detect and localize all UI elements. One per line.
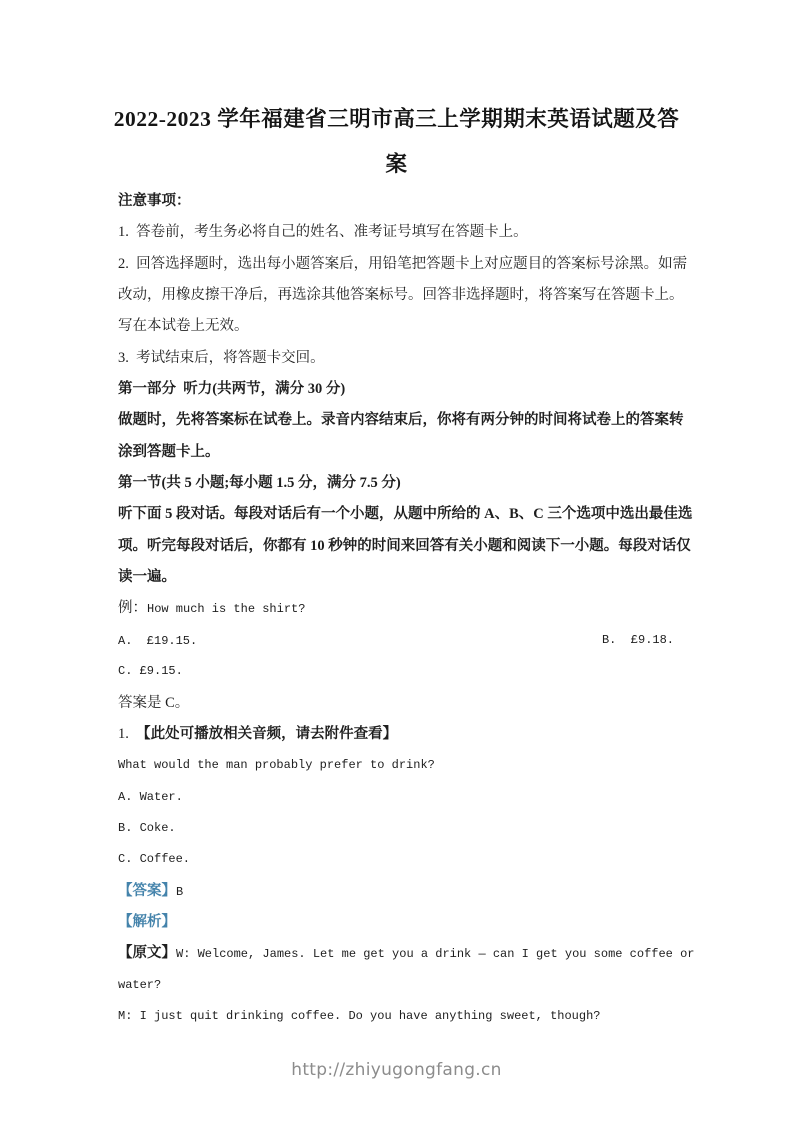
analysis-line: 【解析】: [118, 907, 680, 938]
example-question: How much is the shirt?: [147, 602, 305, 616]
section1-note-line-3: 读一遍。: [118, 562, 680, 593]
example-option-c: C. £9.15.: [118, 656, 680, 687]
answer-label: 【答案】: [118, 883, 176, 899]
transcript-line-3: M: I just quit drinking coffee. Do you h…: [118, 1001, 680, 1032]
question-1-line: 1. 【此处可播放相关音频，请去附件查看】: [118, 719, 680, 750]
example-options-ab-line: A. £19.15.B. £9.18.: [118, 625, 680, 656]
transcript-line-1: 【原文】W: Welcome, James. Let me get you a …: [118, 938, 680, 969]
notice-item-3: 3. 考试结束后，将答题卡交回。: [118, 343, 680, 374]
section1-note-line-1: 听下面 5 段对话。每段对话后有一个小题，从题中所给的 A、B、C 三个选项中选…: [118, 499, 680, 530]
example-prefix: 例：: [118, 600, 147, 616]
part1-note-line-1: 做题时，先将答案标在试卷上。录音内容结束后，你将有两分钟的时间将试卷上的答案转: [118, 405, 680, 436]
example-option-b: B. £9.18.: [602, 625, 674, 656]
question-1-option-a: A. Water.: [118, 782, 680, 813]
page-title-line-1: 2022-2023 学年福建省三明市高三上学期期末英语试题及答: [0, 97, 793, 142]
question-1-audio-note: 【此处可播放相关音频，请去附件查看】: [136, 726, 397, 742]
question-1-option-b: B. Coke.: [118, 813, 680, 844]
document-body: 注意事项： 1. 答卷前，考生务必将自己的姓名、准考证号填写在答题卡上。 2. …: [118, 186, 680, 1032]
notice-item-2-line-2: 改动，用橡皮擦干净后，再选涂其他答案标号。回答非选择题时，将答案写在答题卡上。: [118, 280, 680, 311]
example-answer: 答案是 C。: [118, 688, 680, 719]
analysis-label: 【解析】: [118, 914, 176, 930]
transcript-label: 【原文】: [118, 945, 176, 961]
question-1-option-c: C. Coffee.: [118, 844, 680, 875]
notice-heading: 注意事项：: [118, 186, 680, 217]
question-1-text: What would the man probably prefer to dr…: [118, 750, 680, 781]
section1-note-line-2: 项。听完每段对话后，你都有 10 秒钟的时间来回答有关小题和阅读下一小题。每段对…: [118, 531, 680, 562]
document-page: 2022-2023 学年福建省三明市高三上学期期末英语试题及答 案 注意事项： …: [0, 0, 793, 1122]
page-title-line-2: 案: [0, 142, 793, 187]
answer-value: B: [176, 885, 183, 899]
section1-heading: 第一节(共 5 小题;每小题 1.5 分，满分 7.5 分): [118, 468, 680, 499]
question-1-number: 1.: [118, 726, 136, 742]
answer-line: 【答案】B: [118, 876, 680, 907]
notice-item-2-line-3: 写在本试卷上无效。: [118, 311, 680, 342]
part1-heading: 第一部分 听力(共两节，满分 30 分): [118, 374, 680, 405]
example-question-line: 例：How much is the shirt?: [118, 593, 680, 624]
example-option-a: A. £19.15.: [118, 634, 197, 648]
notice-item-2-line-1: 2. 回答选择题时，选出每小题答案后，用铅笔把答题卡上对应题目的答案标号涂黑。如…: [118, 249, 680, 280]
part1-note-line-2: 涂到答题卡上。: [118, 437, 680, 468]
transcript-text-1: W: Welcome, James. Let me get you a drin…: [176, 947, 694, 961]
watermark-url: http://zhiyugongfang.cn: [0, 1060, 793, 1080]
page-title: 2022-2023 学年福建省三明市高三上学期期末英语试题及答 案: [0, 97, 793, 187]
notice-item-1: 1. 答卷前，考生务必将自己的姓名、准考证号填写在答题卡上。: [118, 217, 680, 248]
transcript-line-2: water?: [118, 970, 680, 1001]
